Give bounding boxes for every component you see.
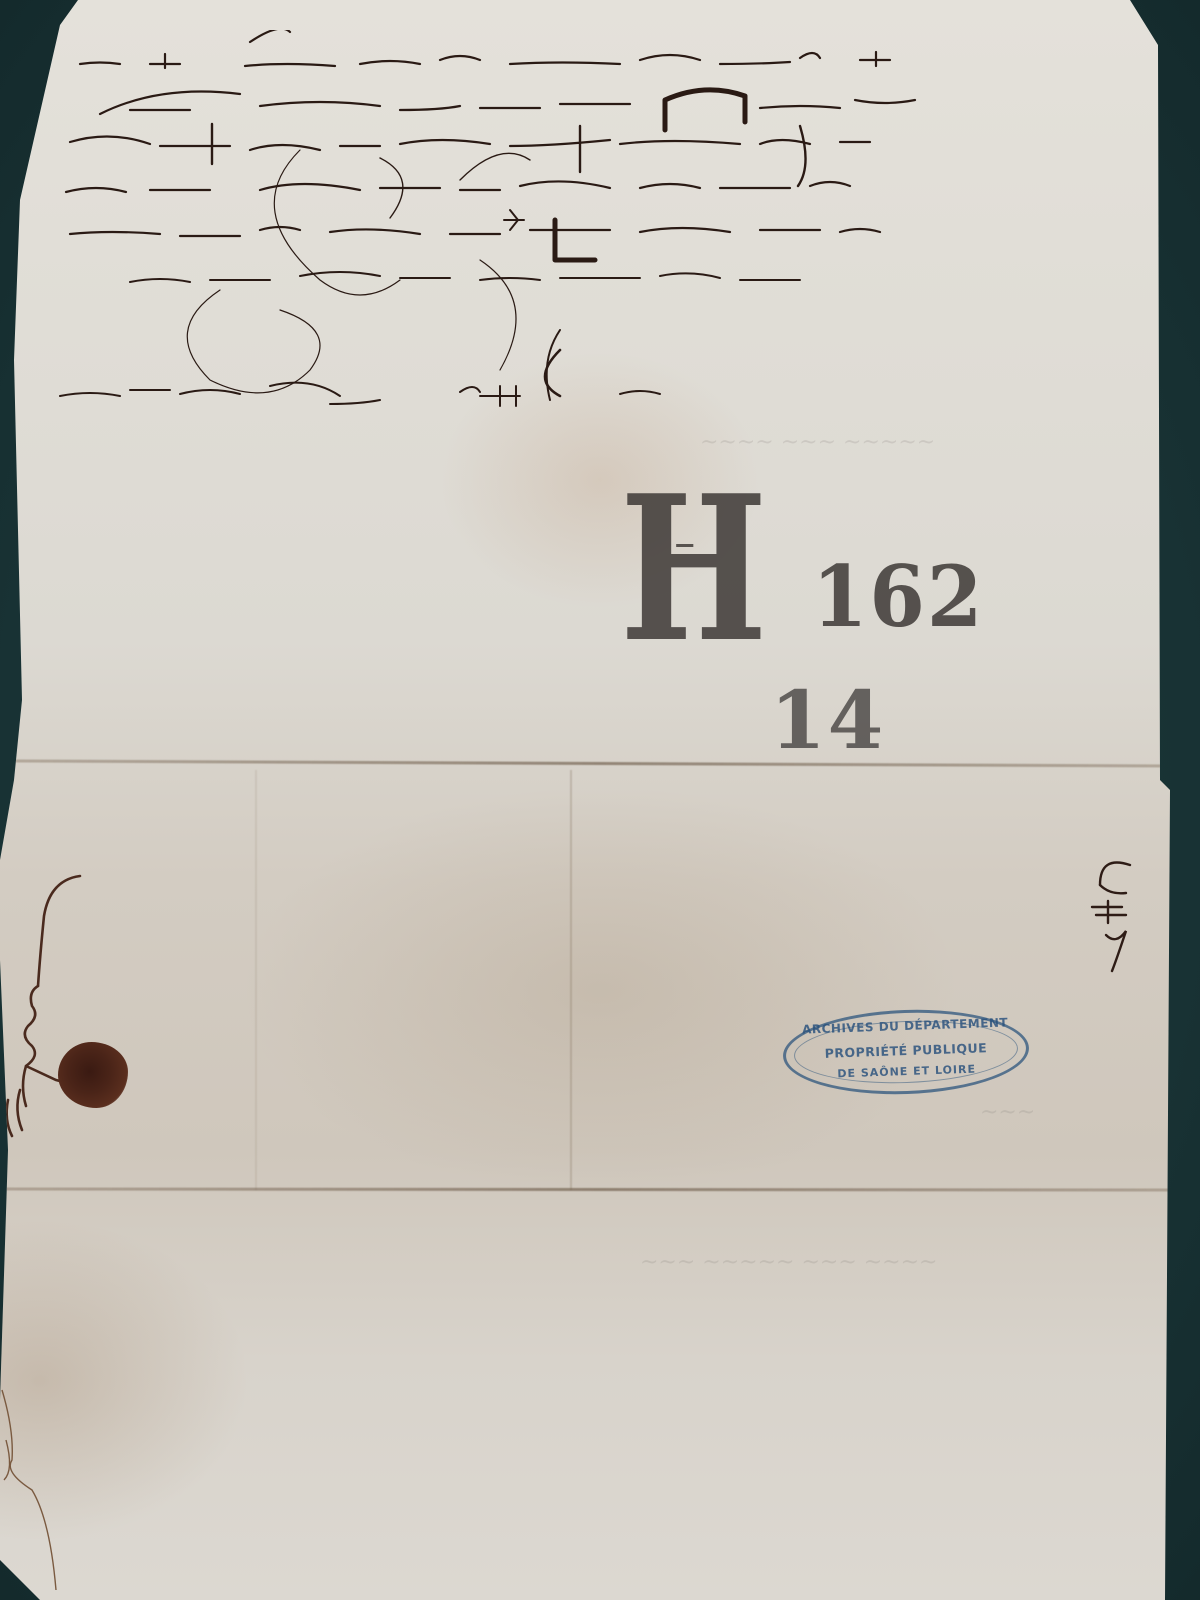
stencil-series-number: 162: [812, 555, 984, 639]
document-sheet: ~~~~ ~~~ ~~~~~ ~~~ ~~~~~ ~~~ ~~~~ ~~~: [0, 0, 1200, 1600]
handwritten-text-block: [40, 30, 920, 450]
wax-seal-remnant: [58, 1042, 128, 1108]
torn-edge: [0, 1380, 60, 1600]
vertical-fold-left: [255, 770, 257, 1190]
margin-annotation: [1080, 845, 1140, 975]
series-letter-text: H: [620, 452, 767, 687]
horizontal-fold-lower: [0, 1187, 1200, 1191]
stencil-series-letter: H: [620, 470, 767, 670]
stencil-dash: [676, 544, 693, 547]
horizontal-fold-upper: [0, 759, 1200, 767]
bleed-through-text: ~~~ ~~~~~ ~~~ ~~~~: [640, 1250, 937, 1275]
bleed-through-text: ~~~: [980, 1100, 1035, 1125]
archive-stamp: ARCHIVES DU DÉPARTEMENT PROPRIÉTÉ PUBLIQ…: [782, 1006, 1031, 1099]
stencil-item-number: 14: [770, 680, 885, 760]
vertical-fold-center: [570, 770, 572, 1190]
